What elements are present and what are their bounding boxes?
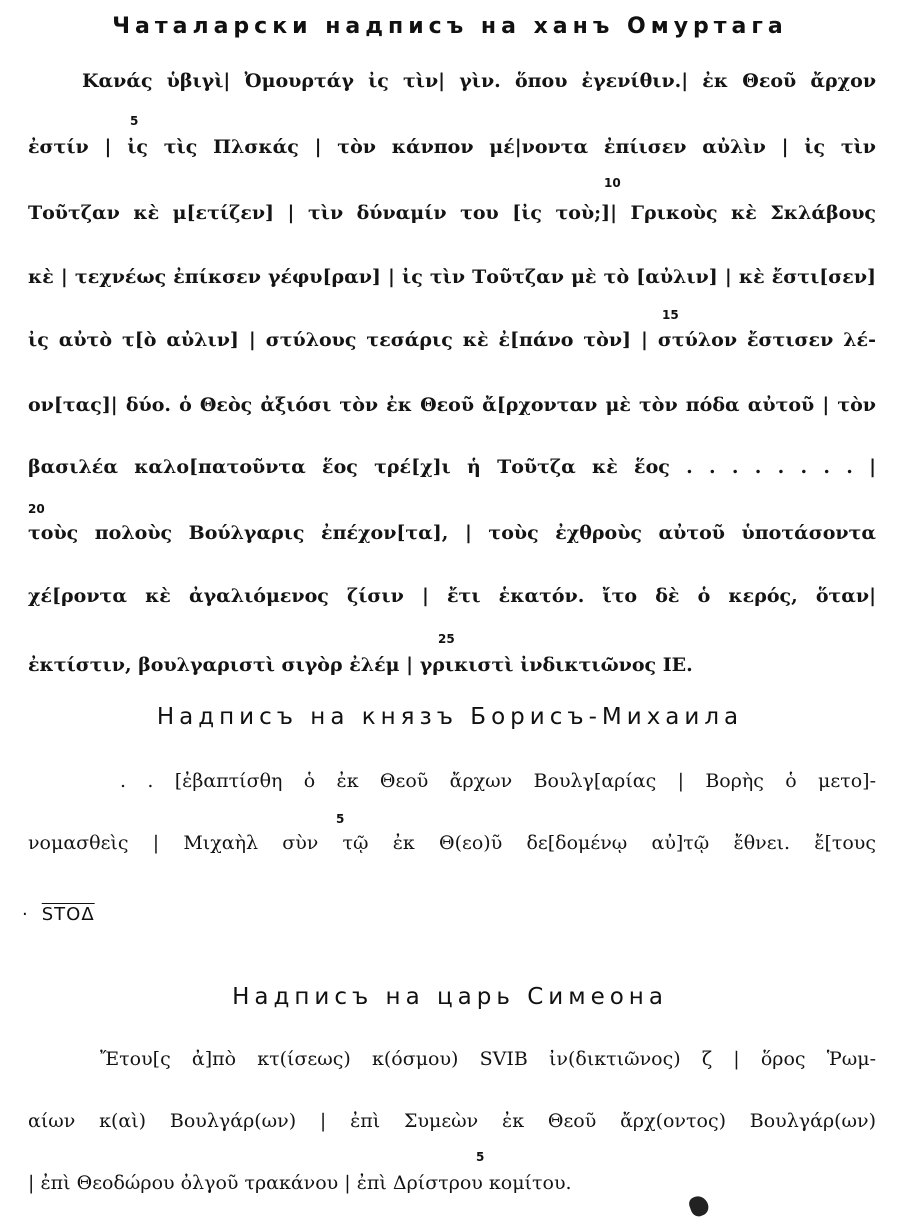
inscription-line: | ἐπὶ Θεοδώρου ὀλγοῦ τρακάνου | ἐπὶ Δρίσ…: [28, 1170, 728, 1196]
scanned-page: Чаталарски надписъ на ханъ Омуртага Κανά…: [0, 0, 900, 1227]
date-value: STOΔ: [42, 904, 95, 925]
line-number: 5: [130, 114, 138, 128]
section-title-simeon: Надписъ на царь Симеона: [0, 984, 900, 1010]
inscription-line: ἐκτίστιν, βουλγαριστὶ σιγὸρ ἐλέμ | γρικι…: [28, 652, 708, 678]
section-title-boris-mihail: Надписъ на князъ Борисъ-Михаила: [0, 704, 900, 730]
inscription-line: νομασθεὶς | Μιχαὴλ σὺν τῷ ἐκ Θ(εο)ῦ δε[δ…: [28, 830, 876, 856]
line-number: 15: [662, 308, 679, 322]
line-number: 25: [438, 632, 455, 646]
inscription-line: Κανάς ὑβιγὶ| Ὀμουρτάγ ἰς τὶν| γὶν. ὅπου …: [82, 68, 876, 94]
inscription-line: βασιλέα καλο[πατοῦντα ἕος τρέ[χ]ι ἡ Τοῦτ…: [28, 454, 876, 480]
inscription-line: κὲ | τεχνέως ἐπίκσεν γέφυ[ραν] | ἰς τὶν …: [28, 264, 876, 290]
section-title-omurtag: Чаталарски надписъ на ханъ Омуртага: [0, 14, 900, 39]
date-line: ·STOΔ: [22, 904, 95, 925]
inscription-line: χέ[ροντα κὲ ἀγαλιόμενος ζίσιν | ἔτι ἑκατ…: [28, 583, 876, 609]
line-number: 5: [336, 812, 344, 826]
ink-smudge: [687, 1194, 711, 1219]
line-number: 10: [604, 176, 621, 190]
inscription-line: Τοῦτζαν κὲ μ[ετίζεν] | τὶν δύναμίν του […: [28, 200, 876, 226]
inscription-line: ἐστίν | ἰς τὶς Πλσκάς | τὸν κάνπον μέ|νο…: [28, 134, 876, 160]
inscription-line: ον[τας]| δύο. ὁ Θεὸς ἀξιόσι τὸν ἐκ Θεοῦ …: [28, 392, 876, 418]
inscription-line: τοὺς πολοὺς Βούλγαρις ἐπέχον[τα], | τοὺς…: [28, 520, 876, 546]
inscription-line: . . [ἐβαπτίσθη ὁ ἐκ Θεοῦ ἄρχων Βουλγ[αρί…: [120, 768, 876, 794]
line-number: 20: [28, 502, 45, 516]
line-number: 5: [476, 1150, 484, 1164]
inscription-line: αίων κ(αὶ) Βουλγάρ(ων) | ἐπὶ Συμεὼν ἐκ Θ…: [28, 1108, 876, 1134]
bullet-dot: ·: [22, 904, 28, 925]
inscription-line: ἰς αὐτὸ τ[ὸ αὐλιν] | στύλους τεσάρις κὲ …: [28, 327, 876, 353]
inscription-line: Ἔτου[ς ἀ]πὸ κτ(ίσεως) κ(όσμου) SVIB ἰν(δ…: [100, 1046, 876, 1072]
